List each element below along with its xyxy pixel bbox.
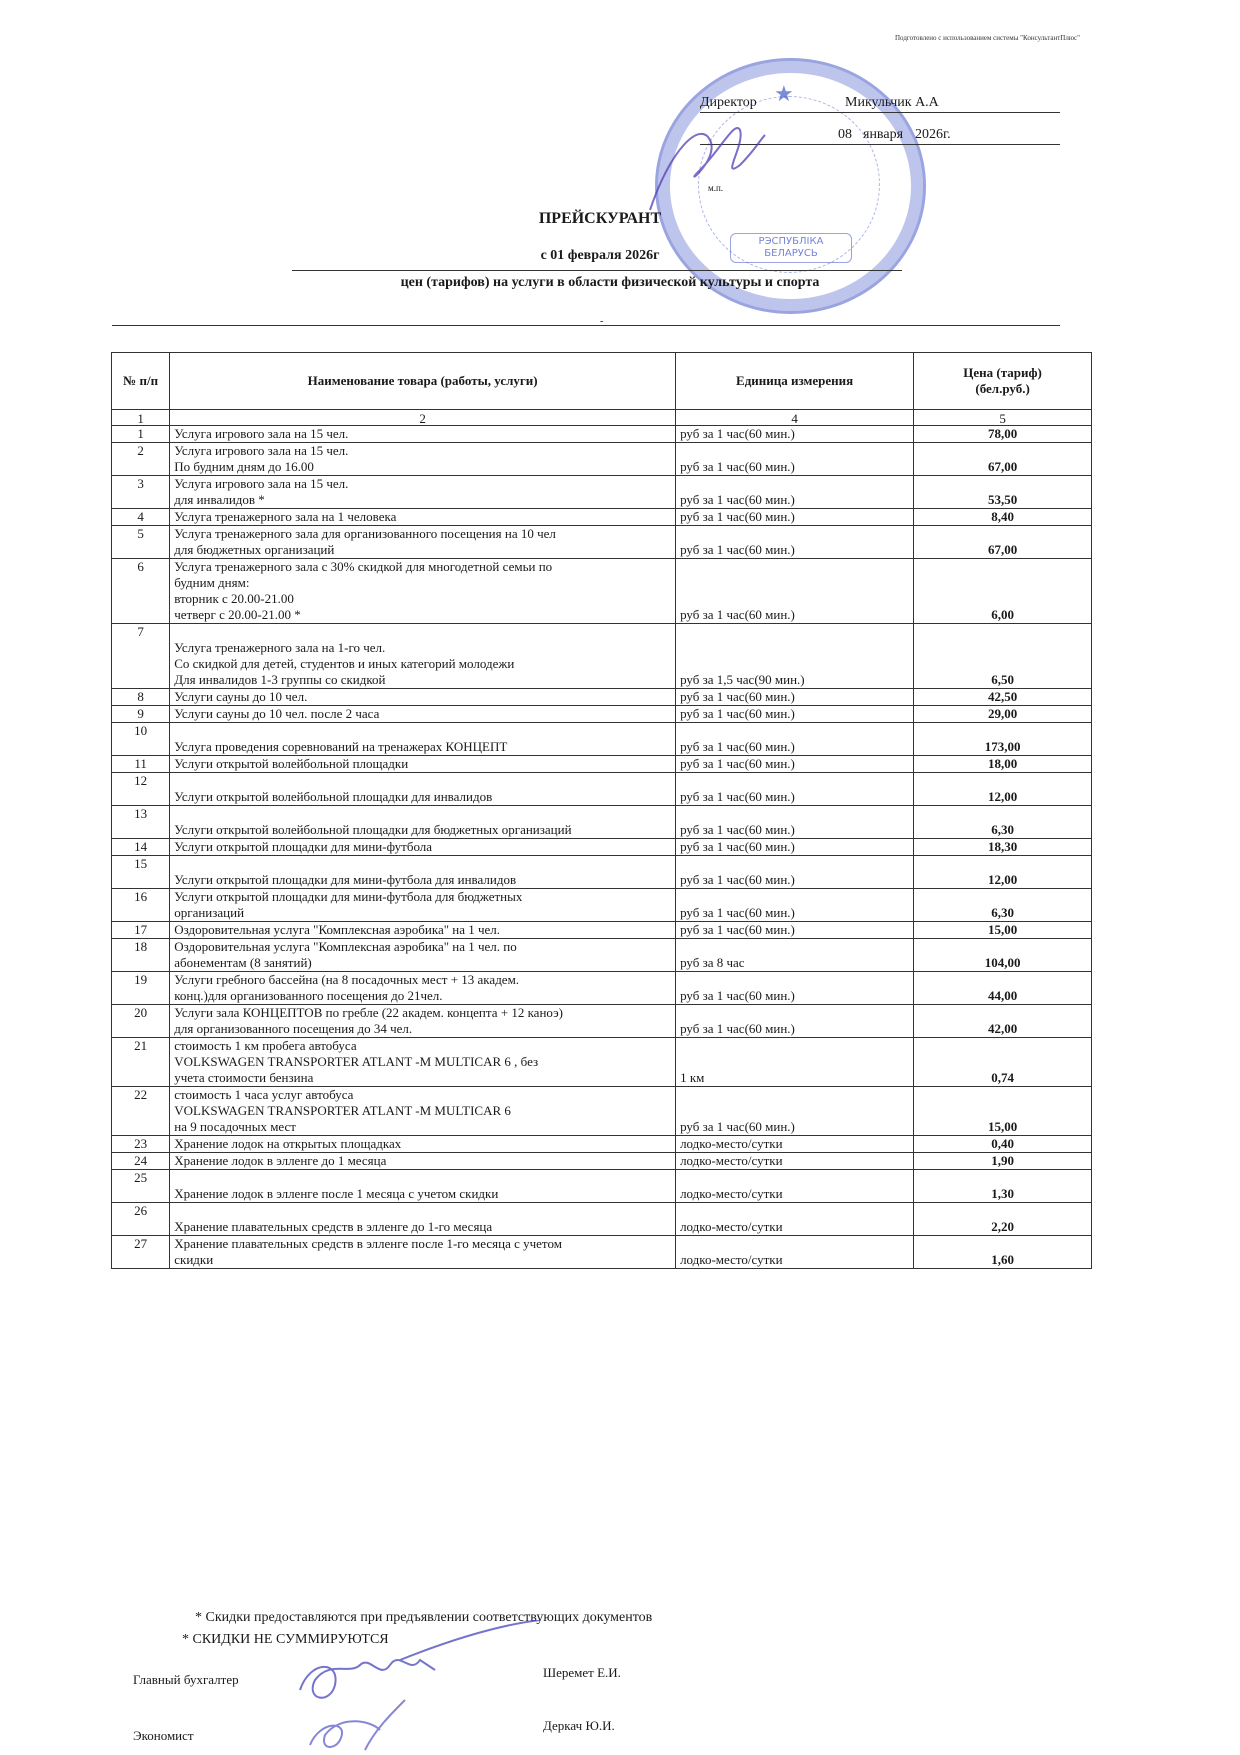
row-number: 19 bbox=[112, 972, 170, 1005]
row-number: 11 bbox=[112, 756, 170, 773]
unit-of-measure: лодко-место/сутки bbox=[676, 1170, 914, 1203]
table-row: 4Услуга тренажерного зала на 1 человекар… bbox=[112, 509, 1092, 526]
row-number: 16 bbox=[112, 889, 170, 922]
service-name: Хранение плавательных средств в элленге … bbox=[170, 1203, 676, 1236]
approval-position: Директор bbox=[700, 95, 757, 111]
header-price-line1: Цена (тариф) bbox=[918, 365, 1087, 381]
price-value: 1,90 bbox=[914, 1153, 1092, 1170]
service-name: Оздоровительная услуга "Комплексная аэро… bbox=[170, 922, 676, 939]
director-signature bbox=[640, 110, 770, 220]
service-name-line: Услуга проведения соревнований на тренаж… bbox=[174, 739, 671, 755]
unit-of-measure: руб за 1 час(60 мин.) bbox=[676, 1087, 914, 1136]
price-value: 104,00 bbox=[914, 939, 1092, 972]
price-value: 173,00 bbox=[914, 723, 1092, 756]
service-name-line: Услуги открытой волейбольной площадки bbox=[174, 756, 671, 772]
table-row: 13Услуги открытой волейбольной площадки … bbox=[112, 806, 1092, 839]
service-name-line bbox=[174, 856, 671, 872]
table-row: 7Услуга тренажерного зала на 1-го чел.Со… bbox=[112, 624, 1092, 689]
unit-of-measure: руб за 1 час(60 мин.) bbox=[676, 806, 914, 839]
service-name-line: Услуга игрового зала на 15 чел. bbox=[174, 476, 671, 492]
unit-of-measure: руб за 1 час(60 мин.) bbox=[676, 756, 914, 773]
table-header-row: № п/п Наименование товара (работы, услуг… bbox=[112, 353, 1092, 410]
service-name: Услуга тренажерного зала на 1 человека bbox=[170, 509, 676, 526]
price-value: 18,00 bbox=[914, 756, 1092, 773]
service-name-line: Для инвалидов 1-3 группы со скидкой bbox=[174, 672, 671, 688]
price-value: 67,00 bbox=[914, 526, 1092, 559]
price-value: 0,74 bbox=[914, 1038, 1092, 1087]
unit-of-measure: руб за 1 час(60 мин.) bbox=[676, 706, 914, 723]
service-name: Услуги открытой площадки для мини-футбол… bbox=[170, 856, 676, 889]
signatures bbox=[280, 1620, 560, 1755]
price-value: 1,60 bbox=[914, 1236, 1092, 1269]
table-row: 2Услуга игрового зала на 15 чел. По будн… bbox=[112, 443, 1092, 476]
service-name-line: Оздоровительная услуга "Комплексная аэро… bbox=[174, 922, 671, 938]
service-name-line: Услуга тренажерного зала для организован… bbox=[174, 526, 671, 542]
service-name-line: Хранение лодок в элленге после 1 месяца … bbox=[174, 1186, 671, 1202]
price-value: 44,00 bbox=[914, 972, 1092, 1005]
service-name-line: Хранение плавательных средств в элленге … bbox=[174, 1219, 671, 1235]
service-name: Услуга игрового зала на 15 чел. По будни… bbox=[170, 443, 676, 476]
price-value: 6,30 bbox=[914, 889, 1092, 922]
service-name-line: Услуга тренажерного зала на 1 человека bbox=[174, 509, 671, 525]
effective-date: с 01 февраля 2026г bbox=[450, 248, 750, 264]
service-name: Оздоровительная услуга "Комплексная аэро… bbox=[170, 939, 676, 972]
service-name-line: Хранение лодок в элленге до 1 месяца bbox=[174, 1153, 671, 1169]
row-number: 14 bbox=[112, 839, 170, 856]
service-name: стоимость 1 км пробега автобусаVOLKSWAGE… bbox=[170, 1038, 676, 1087]
unit-of-measure: руб за 1 час(60 мин.) bbox=[676, 526, 914, 559]
price-value: 42,00 bbox=[914, 1005, 1092, 1038]
service-name: Услуга игрового зала на 15 чел.для инвал… bbox=[170, 476, 676, 509]
approval-date-day: 08 bbox=[838, 127, 852, 143]
column-index: 5 bbox=[914, 410, 1092, 426]
unit-of-measure: руб за 1 час(60 мин.) bbox=[676, 509, 914, 526]
table-row: 14Услуги открытой площадки для мини-футб… bbox=[112, 839, 1092, 856]
table-row: 11Услуги открытой волейбольной площадкир… bbox=[112, 756, 1092, 773]
unit-of-measure: руб за 1 час(60 мин.) bbox=[676, 689, 914, 706]
service-name-line: Хранение лодок на открытых площадках bbox=[174, 1136, 671, 1152]
economist-signature bbox=[310, 1700, 405, 1750]
row-number: 3 bbox=[112, 476, 170, 509]
column-index: 2 bbox=[170, 410, 676, 426]
price-value: 53,50 bbox=[914, 476, 1092, 509]
table-row: 12Услуги открытой волейбольной площадки … bbox=[112, 773, 1092, 806]
service-name-line: вторник с 20.00-21.00 bbox=[174, 591, 671, 607]
row-number: 18 bbox=[112, 939, 170, 972]
service-name: Хранение лодок в элленге до 1 месяца bbox=[170, 1153, 676, 1170]
price-value: 2,20 bbox=[914, 1203, 1092, 1236]
unit-of-measure: руб за 1 час(60 мин.) bbox=[676, 922, 914, 939]
row-number: 23 bbox=[112, 1136, 170, 1153]
header-name: Наименование товара (работы, услуги) bbox=[170, 353, 676, 410]
approval-name: Микульчик А.А bbox=[845, 95, 939, 111]
row-number: 10 bbox=[112, 723, 170, 756]
service-name: Хранение лодок в элленге после 1 месяца … bbox=[170, 1170, 676, 1203]
service-name-line: скидки bbox=[174, 1252, 671, 1268]
service-name-line: Услуги сауны до 10 чел. после 2 часа bbox=[174, 706, 671, 722]
service-name: Услуги открытой площадки для мини-футбол… bbox=[170, 839, 676, 856]
unit-of-measure: руб за 1 час(60 мин.) bbox=[676, 559, 914, 624]
prepared-note: Подготовлено с использованием системы "К… bbox=[895, 34, 1080, 42]
unit-of-measure: руб за 1,5 час(90 мин.) bbox=[676, 624, 914, 689]
service-name-line: По будним дням до 16.00 bbox=[174, 459, 671, 475]
service-name-line: будним дням: bbox=[174, 575, 671, 591]
service-name-line: VOLKSWAGEN TRANSPORTER ATLANT -M MULTICA… bbox=[174, 1054, 671, 1070]
unit-of-measure: руб за 1 час(60 мин.) bbox=[676, 1005, 914, 1038]
table-row: 8Услуги сауны до 10 чел.руб за 1 час(60 … bbox=[112, 689, 1092, 706]
table-row: 5Услуга тренажерного зала для организова… bbox=[112, 526, 1092, 559]
unit-of-measure: лодко-место/сутки bbox=[676, 1236, 914, 1269]
price-value: 12,00 bbox=[914, 856, 1092, 889]
unit-of-measure: лодко-место/сутки bbox=[676, 1136, 914, 1153]
table-row: 6Услуга тренажерного зала с 30% скидкой … bbox=[112, 559, 1092, 624]
unit-of-measure: руб за 1 час(60 мин.) bbox=[676, 839, 914, 856]
service-name-line: Услуга тренажерного зала с 30% скидкой д… bbox=[174, 559, 671, 575]
service-name: Услуги сауны до 10 чел. после 2 часа bbox=[170, 706, 676, 723]
row-number: 25 bbox=[112, 1170, 170, 1203]
service-name: стоимость 1 часа услуг автобусаVOLKSWAGE… bbox=[170, 1087, 676, 1136]
unit-of-measure: руб за 1 час(60 мин.) bbox=[676, 476, 914, 509]
service-name-line: четверг с 20.00-21.00 * bbox=[174, 607, 671, 623]
price-table: № п/п Наименование товара (работы, услуг… bbox=[111, 352, 1092, 1269]
row-number: 12 bbox=[112, 773, 170, 806]
unit-of-measure: руб за 1 час(60 мин.) bbox=[676, 443, 914, 476]
service-name-line: Услуги открытой площадки для мини-футбол… bbox=[174, 839, 671, 855]
approval-date-year: 2026г. bbox=[915, 127, 951, 143]
row-number: 20 bbox=[112, 1005, 170, 1038]
price-value: 18,30 bbox=[914, 839, 1092, 856]
row-number: 24 bbox=[112, 1153, 170, 1170]
service-name: Услуги гребного бассейна (на 8 посадочны… bbox=[170, 972, 676, 1005]
row-number: 26 bbox=[112, 1203, 170, 1236]
signatory-position-economist: Экономист bbox=[133, 1728, 194, 1744]
service-name-line: стоимость 1 часа услуг автобуса bbox=[174, 1087, 671, 1103]
service-name-line: абонементам (8 занятий) bbox=[174, 955, 671, 971]
row-number: 5 bbox=[112, 526, 170, 559]
table-body: 1Услуга игрового зала на 15 чел.руб за 1… bbox=[112, 426, 1092, 1269]
row-number: 4 bbox=[112, 509, 170, 526]
service-name: Услуги сауны до 10 чел. bbox=[170, 689, 676, 706]
service-name-line bbox=[174, 773, 671, 789]
service-name: Услуги открытой волейбольной площадки дл… bbox=[170, 806, 676, 839]
service-name-line: конц.)для организованного посещения до 2… bbox=[174, 988, 671, 1004]
service-name-line: Оздоровительная услуга "Комплексная аэро… bbox=[174, 939, 671, 955]
service-name-line bbox=[174, 723, 671, 739]
service-name: Услуги открытой волейбольной площадки bbox=[170, 756, 676, 773]
row-number: 27 bbox=[112, 1236, 170, 1269]
table-row: 20Услуги зала КОНЦЕПТОВ по гребле (22 ак… bbox=[112, 1005, 1092, 1038]
unit-of-measure: лодко-место/сутки bbox=[676, 1203, 914, 1236]
service-name-line: Хранение плавательных средств в элленге … bbox=[174, 1236, 671, 1252]
column-index: 1 bbox=[112, 410, 170, 426]
service-name: Услуга игрового зала на 15 чел. bbox=[170, 426, 676, 443]
row-number: 22 bbox=[112, 1087, 170, 1136]
unit-of-measure: руб за 1 час(60 мин.) bbox=[676, 723, 914, 756]
row-number: 6 bbox=[112, 559, 170, 624]
price-value: 12,00 bbox=[914, 773, 1092, 806]
service-name-line bbox=[174, 806, 671, 822]
column-index: 4 bbox=[676, 410, 914, 426]
service-name-line: Со скидкой для детей, студентов и иных к… bbox=[174, 656, 671, 672]
service-name-line: Услуги гребного бассейна (на 8 посадочны… bbox=[174, 972, 671, 988]
seal-ribbon-line1: РЭСПУБЛІКА bbox=[731, 236, 851, 248]
service-name-line: Услуга игрового зала на 15 чел. bbox=[174, 443, 671, 459]
service-name-line: для организованного посещения до 34 чел. bbox=[174, 1021, 671, 1037]
row-number: 9 bbox=[112, 706, 170, 723]
price-value: 29,00 bbox=[914, 706, 1092, 723]
price-value: 0,40 bbox=[914, 1136, 1092, 1153]
price-value: 6,00 bbox=[914, 559, 1092, 624]
service-name-line: учета стоимости бензина bbox=[174, 1070, 671, 1086]
service-name: Услуга тренажерного зала для организован… bbox=[170, 526, 676, 559]
service-name-line: для инвалидов * bbox=[174, 492, 671, 508]
row-number: 13 bbox=[112, 806, 170, 839]
header-num: № п/п bbox=[112, 353, 170, 410]
accountant-signature bbox=[300, 1620, 540, 1698]
service-name: Услуга тренажерного зала с 30% скидкой д… bbox=[170, 559, 676, 624]
table-row: 3Услуга игрового зала на 15 чел.для инва… bbox=[112, 476, 1092, 509]
service-name-line: Услуги зала КОНЦЕПТОВ по гребле (22 акад… bbox=[174, 1005, 671, 1021]
service-name-line: VOLKSWAGEN TRANSPORTER ATLANT -M MULTICA… bbox=[174, 1103, 671, 1119]
service-name-line: Услуги сауны до 10 чел. bbox=[174, 689, 671, 705]
price-value: 67,00 bbox=[914, 443, 1092, 476]
title-divider bbox=[292, 270, 902, 271]
table-row: 27Хранение плавательных средств в элленг… bbox=[112, 1236, 1092, 1269]
signatory-position-accountant: Главный бухгалтер bbox=[133, 1672, 239, 1688]
service-name-line: Услуга игрового зала на 15 чел. bbox=[174, 426, 671, 442]
service-name-line: на 9 посадочных мест bbox=[174, 1119, 671, 1135]
service-name-line: для бюджетных организаций bbox=[174, 542, 671, 558]
service-name-line: Услуги открытой площадки для мини-футбол… bbox=[174, 872, 671, 888]
column-index-row: 1 2 4 5 bbox=[112, 410, 1092, 426]
row-number: 1 bbox=[112, 426, 170, 443]
service-name: Услуги открытой площадки для мини-футбол… bbox=[170, 889, 676, 922]
service-name-line: Услуги открытой волейбольной площадки дл… bbox=[174, 789, 671, 805]
table-row: 23Хранение лодок на открытых площадкахло… bbox=[112, 1136, 1092, 1153]
table-row: 16Услуги открытой площадки для мини-футб… bbox=[112, 889, 1092, 922]
service-name-line: Услуги открытой волейбольной площадки дл… bbox=[174, 822, 671, 838]
header-unit: Единица измерения bbox=[676, 353, 914, 410]
table-row: 25Хранение лодок в элленге после 1 месяц… bbox=[112, 1170, 1092, 1203]
table-row: 26Хранение плавательных средств в элленг… bbox=[112, 1203, 1092, 1236]
service-name-line bbox=[174, 624, 671, 640]
price-value: 78,00 bbox=[914, 426, 1092, 443]
header-price: Цена (тариф) (бел.руб.) bbox=[914, 353, 1092, 410]
price-value: 42,50 bbox=[914, 689, 1092, 706]
subtitle-divider bbox=[112, 325, 1060, 326]
price-value: 15,00 bbox=[914, 922, 1092, 939]
document-title: ПРЕЙСКУРАНТ bbox=[450, 210, 750, 228]
table-row: 10Услуга проведения соревнований на трен… bbox=[112, 723, 1092, 756]
unit-of-measure: руб за 1 час(60 мин.) bbox=[676, 889, 914, 922]
row-number: 21 bbox=[112, 1038, 170, 1087]
unit-of-measure: 1 км bbox=[676, 1038, 914, 1087]
row-number: 8 bbox=[112, 689, 170, 706]
price-value: 1,30 bbox=[914, 1170, 1092, 1203]
table-row: 17Оздоровительная услуга "Комплексная аэ… bbox=[112, 922, 1092, 939]
table-row: 24Хранение лодок в элленге до 1 месяцало… bbox=[112, 1153, 1092, 1170]
service-name-line: стоимость 1 км пробега автобуса bbox=[174, 1038, 671, 1054]
unit-of-measure: лодко-место/сутки bbox=[676, 1153, 914, 1170]
document-subtitle: цен (тарифов) на услуги в области физиче… bbox=[300, 275, 920, 291]
service-name: Хранение лодок на открытых площадках bbox=[170, 1136, 676, 1153]
row-number: 17 bbox=[112, 922, 170, 939]
row-number: 2 bbox=[112, 443, 170, 476]
table-row: 15Услуги открытой площадки для мини-футб… bbox=[112, 856, 1092, 889]
table-row: 18Оздоровительная услуга "Комплексная аэ… bbox=[112, 939, 1092, 972]
service-name: Услуга тренажерного зала на 1-го чел.Со … bbox=[170, 624, 676, 689]
service-name-line bbox=[174, 1203, 671, 1219]
service-name: Услуга проведения соревнований на тренаж… bbox=[170, 723, 676, 756]
service-name-line: организаций bbox=[174, 905, 671, 921]
service-name-line: Услуга тренажерного зала на 1-го чел. bbox=[174, 640, 671, 656]
row-number: 7 bbox=[112, 624, 170, 689]
unit-of-measure: руб за 1 час(60 мин.) bbox=[676, 426, 914, 443]
table-row: 19Услуги гребного бассейна (на 8 посадоч… bbox=[112, 972, 1092, 1005]
row-number: 15 bbox=[112, 856, 170, 889]
unit-of-measure: руб за 8 час bbox=[676, 939, 914, 972]
price-value: 6,30 bbox=[914, 806, 1092, 839]
service-name: Услуги зала КОНЦЕПТОВ по гребле (22 акад… bbox=[170, 1005, 676, 1038]
service-name-line bbox=[174, 1170, 671, 1186]
unit-of-measure: руб за 1 час(60 мин.) bbox=[676, 972, 914, 1005]
table-row: 1Услуга игрового зала на 15 чел.руб за 1… bbox=[112, 426, 1092, 443]
service-name: Хранение плавательных средств в элленге … bbox=[170, 1236, 676, 1269]
header-price-line2: (бел.руб.) bbox=[918, 381, 1087, 397]
approval-date-month: января bbox=[863, 127, 903, 143]
service-name: Услуги открытой волейбольной площадки дл… bbox=[170, 773, 676, 806]
table-row: 22стоимость 1 часа услуг автобусаVOLKSWA… bbox=[112, 1087, 1092, 1136]
table-row: 21 стоимость 1 км пробега автобусаVOLKSW… bbox=[112, 1038, 1092, 1087]
table-row: 9Услуги сауны до 10 чел. после 2 часаруб… bbox=[112, 706, 1092, 723]
unit-of-measure: руб за 1 час(60 мин.) bbox=[676, 773, 914, 806]
service-name-line: Услуги открытой площадки для мини-футбол… bbox=[174, 889, 671, 905]
price-value: 15,00 bbox=[914, 1087, 1092, 1136]
price-value: 8,40 bbox=[914, 509, 1092, 526]
unit-of-measure: руб за 1 час(60 мин.) bbox=[676, 856, 914, 889]
price-value: 6,50 bbox=[914, 624, 1092, 689]
